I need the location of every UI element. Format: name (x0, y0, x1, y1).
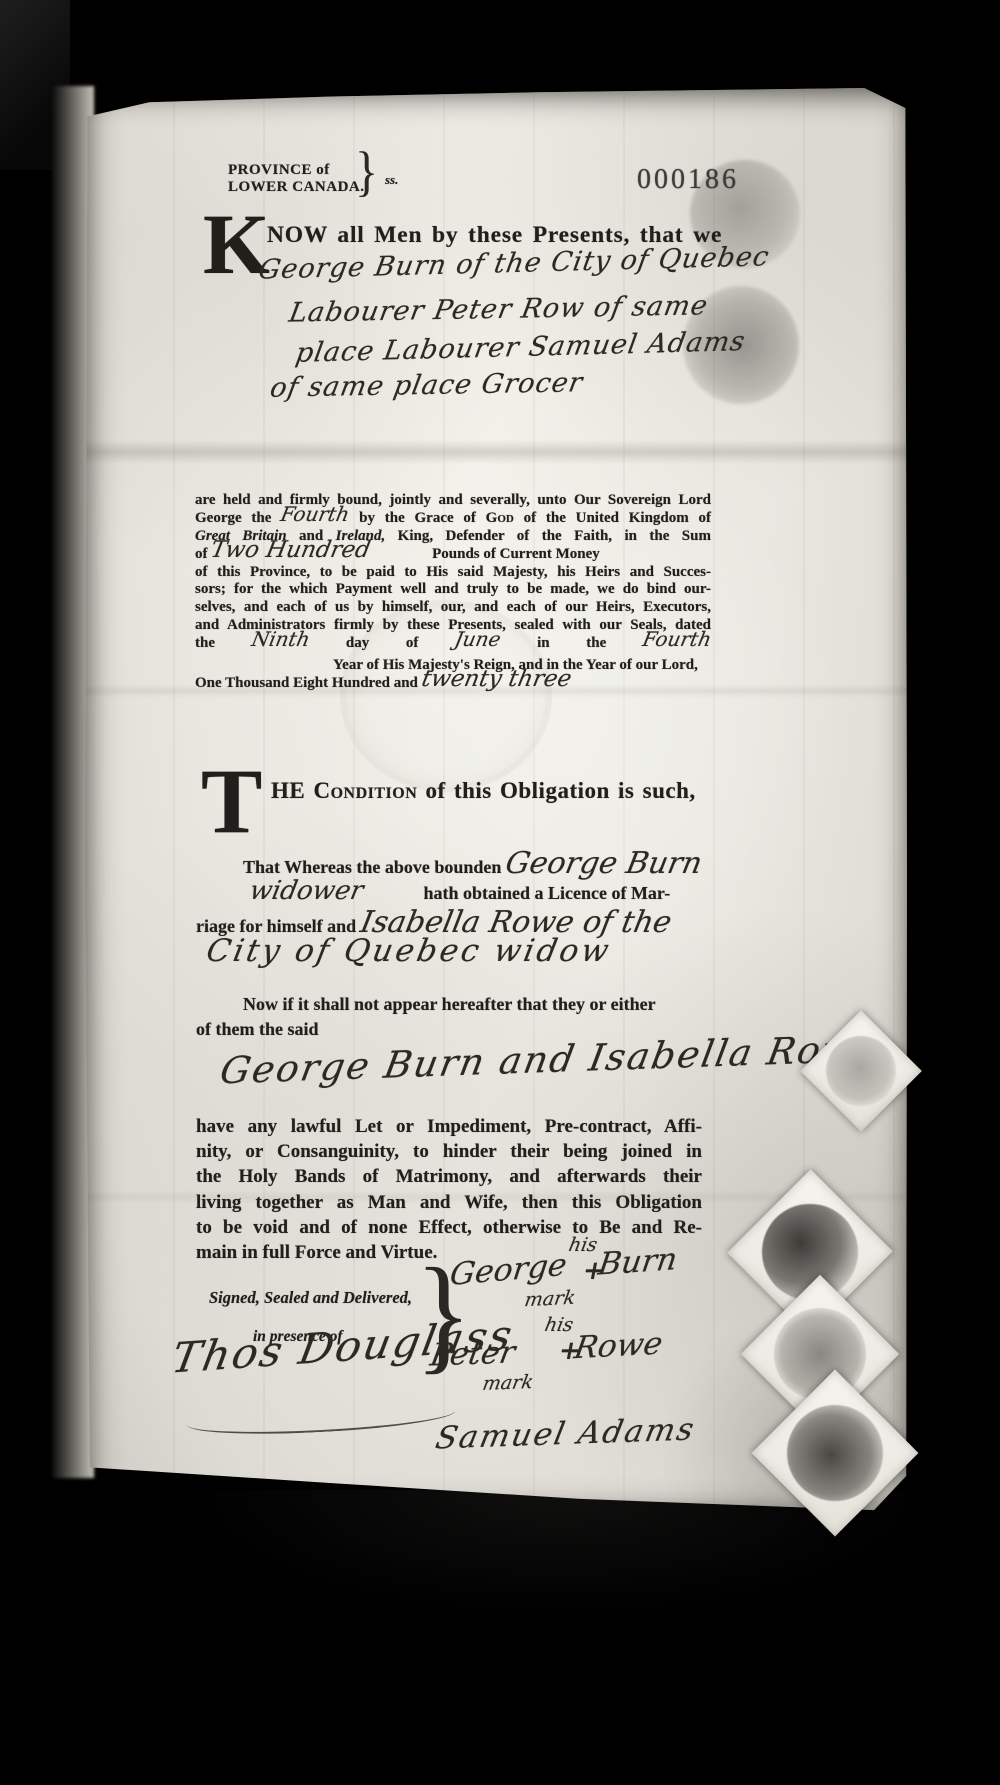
bond-line: of Two Hundred Pounds of Current Money (195, 546, 711, 564)
handwritten-bride-residence: City of Quebec widow (204, 933, 615, 969)
handwritten-principals-line2: Labourer Peter Row of same (290, 294, 707, 325)
penalty-line: to be void and of none Effect, otherwise… (196, 1215, 702, 1240)
peter-mark-signature: Peter (428, 1335, 518, 1374)
handwritten-year: twenty three (421, 674, 572, 684)
peter-mark-word: mark (481, 1371, 535, 1395)
george-mark-his: his (567, 1234, 599, 1256)
handwritten-principals-line4: of same place Grocer (271, 370, 582, 401)
bond-line: One Thousand Eight Hundred and twenty th… (195, 675, 711, 693)
bond-line: George the Fourth by the Grace of God of… (195, 510, 711, 528)
province-line1: PROVINCE of (228, 162, 365, 179)
handwritten-day: Ninth (251, 634, 311, 644)
bond-line: selves, and each of us by himself, our, … (195, 599, 711, 617)
handwritten-couple-names: George Burn and Isabella Rowe (223, 1038, 878, 1081)
penalty-line: living together as Man and Wife, then th… (196, 1190, 702, 1215)
nullity-line1: Now if it shall not appear hereafter tha… (243, 994, 656, 1015)
handwritten-regnal-year: Fourth (642, 634, 712, 644)
handwritten-month: June (454, 634, 502, 644)
serial-number: 000186 (637, 164, 739, 196)
whereas-line2: widower hath obtained a Licence of Mar- (250, 876, 670, 906)
penalty-line: nity, or Consanguinity, to hinder their … (196, 1139, 702, 1164)
ss-notation: ss. (385, 172, 398, 188)
province-caption: PROVINCE of LOWER CANADA. (228, 162, 365, 196)
whereas-line4: City of Quebec widow (207, 933, 611, 969)
wax-seal (818, 1028, 904, 1114)
peter-mark-surname: Rowe (572, 1326, 665, 1366)
handwritten-principals-line3: place Labourer Samuel Adams (297, 332, 744, 363)
condition-heading: HE Condition of this Obligation is such, (271, 778, 696, 804)
bond-line: sors; for the which Payment well and tru… (195, 581, 711, 599)
scanned-document: PROVINCE of LOWER CANADA. } ss. 000186 K… (0, 0, 1000, 1785)
seal-wax-impression (826, 1036, 897, 1107)
seal-wax-impression (787, 1405, 884, 1502)
handwritten-sum: Two Hundred (210, 545, 371, 555)
george-mark-word: mark (523, 1287, 577, 1312)
bond-line: the Ninth day of June in the Fourth (195, 635, 711, 653)
header-brace: } (355, 140, 378, 203)
bond-line: are held and firmly bound, jointly and s… (195, 492, 711, 510)
province-line2: LOWER CANADA. (228, 179, 365, 196)
handwritten-regnal-name: Fourth (280, 509, 350, 519)
attestation-label: Signed, Sealed and Delivered, (209, 1288, 412, 1308)
nullity-line2: of them the said (196, 1019, 319, 1040)
dropcap-t: T (201, 762, 262, 840)
bond-paragraph: are held and firmly bound, jointly and s… (195, 492, 711, 693)
bond-line: of this Province, to be paid to His said… (195, 564, 711, 582)
george-mark-surname: Burn (596, 1241, 680, 1282)
handwritten-principals-line1: George Burn of the City of Quebec (260, 248, 768, 279)
penalty-line: the Holy Bands of Matrimony, and afterwa… (196, 1164, 702, 1189)
paper-crease (85, 440, 907, 464)
wax-seal (776, 1394, 894, 1512)
handwritten-groom-status: widower (247, 876, 366, 906)
peter-mark-his: his (543, 1314, 575, 1336)
penalty-line: have any lawful Let or Impediment, Pre-c… (196, 1114, 702, 1139)
